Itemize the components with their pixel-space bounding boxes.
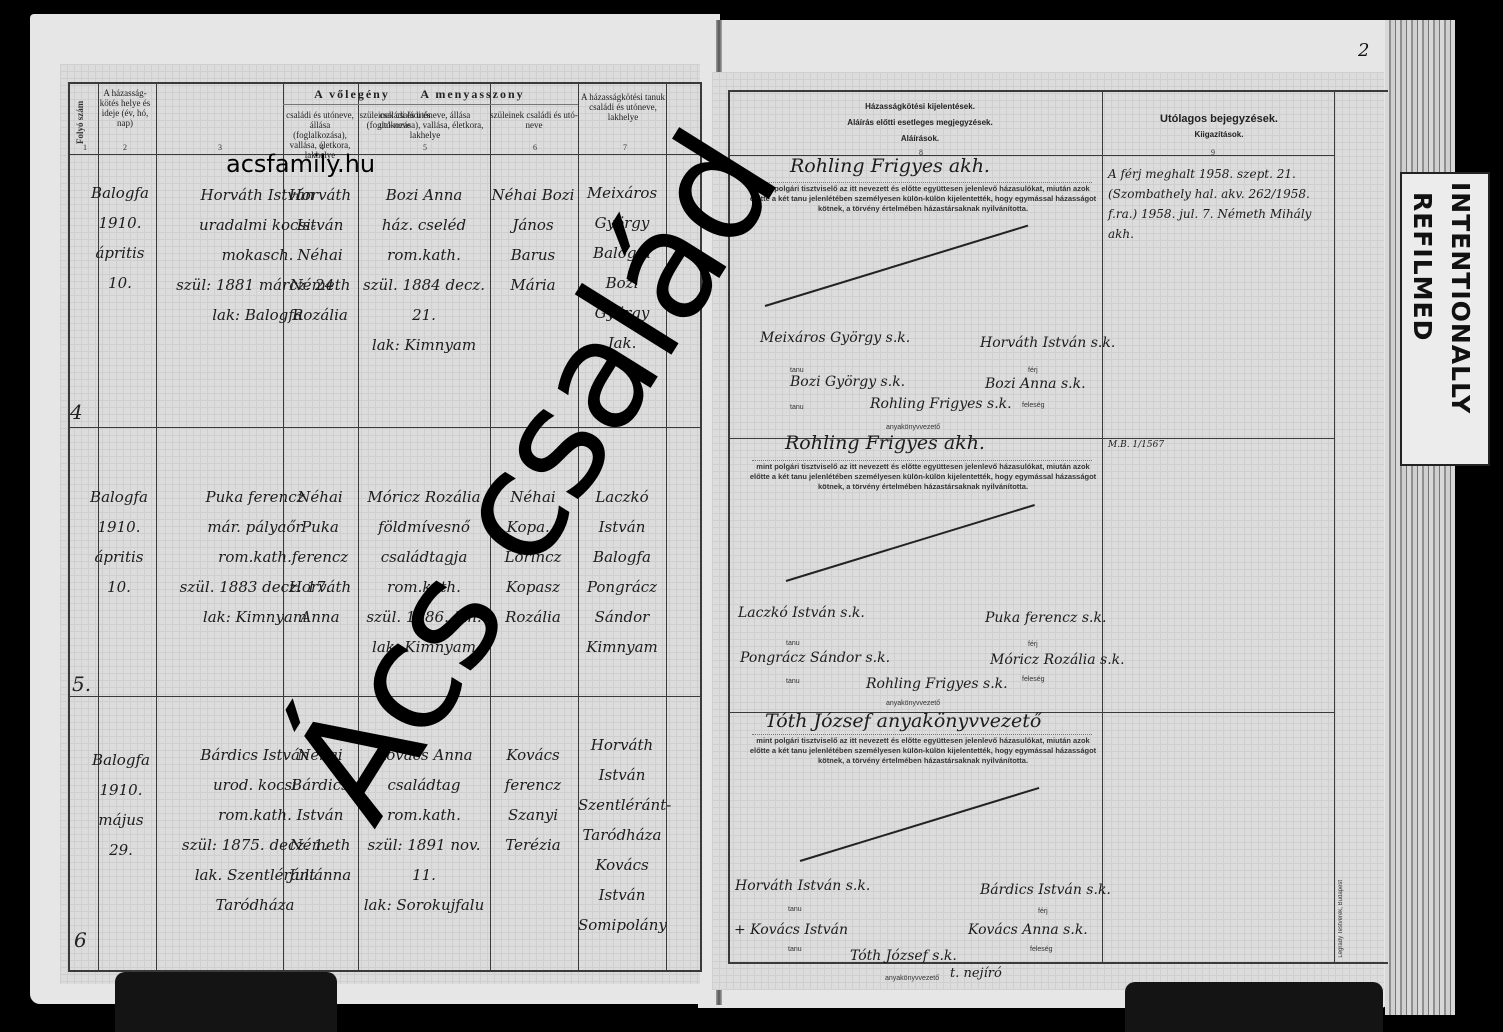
entry-witnesses: Horváth István Szentléránt- Taródháza Ko… xyxy=(578,730,666,940)
column-number: 5 xyxy=(420,143,430,152)
right-page-clamp xyxy=(1125,982,1383,1032)
printed-statement: mint polgári tisztviselő az itt nevezett… xyxy=(748,736,1098,766)
witness-signature: Pongrácz Sándor s.k. xyxy=(740,650,890,666)
column-number: 2 xyxy=(120,143,130,152)
wife-label: feleség xyxy=(1030,946,1053,953)
entry-place-date: Balogfa 1910. május 29. xyxy=(90,745,152,865)
witness-label: tanu xyxy=(788,946,802,953)
header-bride-details: családi és utóneve, állása (foglalkozása… xyxy=(360,110,490,140)
header-later-entries: Utólagos bejegyzések. xyxy=(1104,114,1334,124)
registrar-signature: Rohling Frigyes s.k. xyxy=(866,676,1008,692)
column-number: 7 xyxy=(620,143,630,152)
official-name: Rohling Frigyes akh. xyxy=(785,432,985,454)
wife-label: feleség xyxy=(1022,402,1045,409)
entry-groom-parents: Horváth István Néhai Németh Rozália xyxy=(280,180,360,330)
header-remarks: Aláírás előtti esetleges megjegyzések. xyxy=(760,118,1080,128)
header-bride-parents: szüleinek családi és utó-neve xyxy=(490,110,578,130)
witness-signature: Meixáros György s.k. xyxy=(760,330,910,346)
witness-label: tanu xyxy=(788,906,802,913)
husband-label: férj xyxy=(1028,641,1038,648)
wife-label: feleség xyxy=(1022,676,1045,683)
printer-mark: Légrády Testvérek, Budapest xyxy=(1338,880,1344,958)
later-note: M.B. 1/1567 xyxy=(1108,440,1164,450)
witness-label: tanu xyxy=(786,640,800,647)
site-watermark: acsfamily.hu xyxy=(226,150,375,178)
header-signatures: Aláírások. xyxy=(760,134,1080,144)
husband-label: férj xyxy=(1038,908,1048,915)
registrar-suffix: t. nejíró xyxy=(950,966,1002,981)
witness-signature: Bozi György s.k. xyxy=(790,374,905,390)
entry-place-date: Balogfa 1910. ápritis 10. xyxy=(90,178,150,298)
printed-statement: mint polgári tisztviselő az itt nevezett… xyxy=(748,462,1098,492)
husband-signature: Puka ferencz s.k. xyxy=(985,610,1106,626)
husband-signature: Horváth István s.k. xyxy=(980,335,1115,351)
header-declarations: Házasságkötési kijelentések. xyxy=(760,102,1080,112)
refilmed-stamp: INTENTIONALLY REFILMED xyxy=(1400,172,1490,466)
witness-label: tanu xyxy=(786,678,800,685)
witness-signature: Horváth István s.k. xyxy=(735,878,870,894)
husband-signature: Bárdics István s.k. xyxy=(980,882,1111,898)
registrar-label: anyakönyvvezető xyxy=(886,700,940,707)
registrar-label: anyakönyvvezető xyxy=(885,975,939,982)
stamp-line-1: INTENTIONALLY xyxy=(1446,182,1475,414)
later-note: A férj meghalt 1958. szept. 21. (Szombat… xyxy=(1108,164,1328,244)
header-serial-number: Folyó szám xyxy=(75,92,85,144)
column-number: 9 xyxy=(1208,148,1218,157)
column-number: 6 xyxy=(530,143,540,152)
witness-label: tanu xyxy=(790,404,804,411)
witness-label: tanu xyxy=(790,367,804,374)
entry-number: 4 xyxy=(70,400,83,424)
official-name: Tóth József anyakönyvvezető xyxy=(765,710,1041,732)
wife-signature: Bozi Anna s.k. xyxy=(985,376,1086,392)
entry-bride-parents: Kovács ferencz Szanyi Terézia xyxy=(488,740,578,860)
registrar-signature: Rohling Frigyes s.k. xyxy=(870,396,1012,412)
official-name: Rohling Frigyes akh. xyxy=(790,155,990,177)
page-edges xyxy=(1385,20,1455,1015)
entry-place-date: Balogfa 1910. ápritis 10. xyxy=(88,482,150,602)
header-place-date: A házasság-kötés helye és ideje (év, hó,… xyxy=(98,88,152,128)
witness-signature: + Kovács István xyxy=(734,922,848,938)
header-corrections: Kiigazítások. xyxy=(1104,130,1334,140)
header-bride: A menyasszony xyxy=(360,89,585,99)
wife-signature: Kovács Anna s.k. xyxy=(968,922,1088,938)
stamp-line-2: REFILMED xyxy=(1408,192,1437,341)
registrar-signature: Tóth József s.k. xyxy=(850,948,957,964)
husband-label: férj xyxy=(1028,367,1038,374)
left-page-clamp xyxy=(115,972,337,1032)
witness-signature: Laczkó István s.k. xyxy=(738,605,865,621)
entry-number: 5. xyxy=(72,672,91,696)
entry-number: 6 xyxy=(74,928,87,952)
column-number: 3 xyxy=(215,143,225,152)
wife-signature: Móricz Rozália s.k. xyxy=(990,652,1125,668)
registrar-label: anyakönyvvezető xyxy=(886,424,940,431)
column-number: 1 xyxy=(80,143,90,152)
header-witnesses: A házasságkötési tanuk családi és utónev… xyxy=(580,92,666,122)
page-number: 2 xyxy=(1358,40,1369,61)
entry-bride: Bozi Anna ház. cseléd rom.kath. szül. 18… xyxy=(358,180,490,360)
